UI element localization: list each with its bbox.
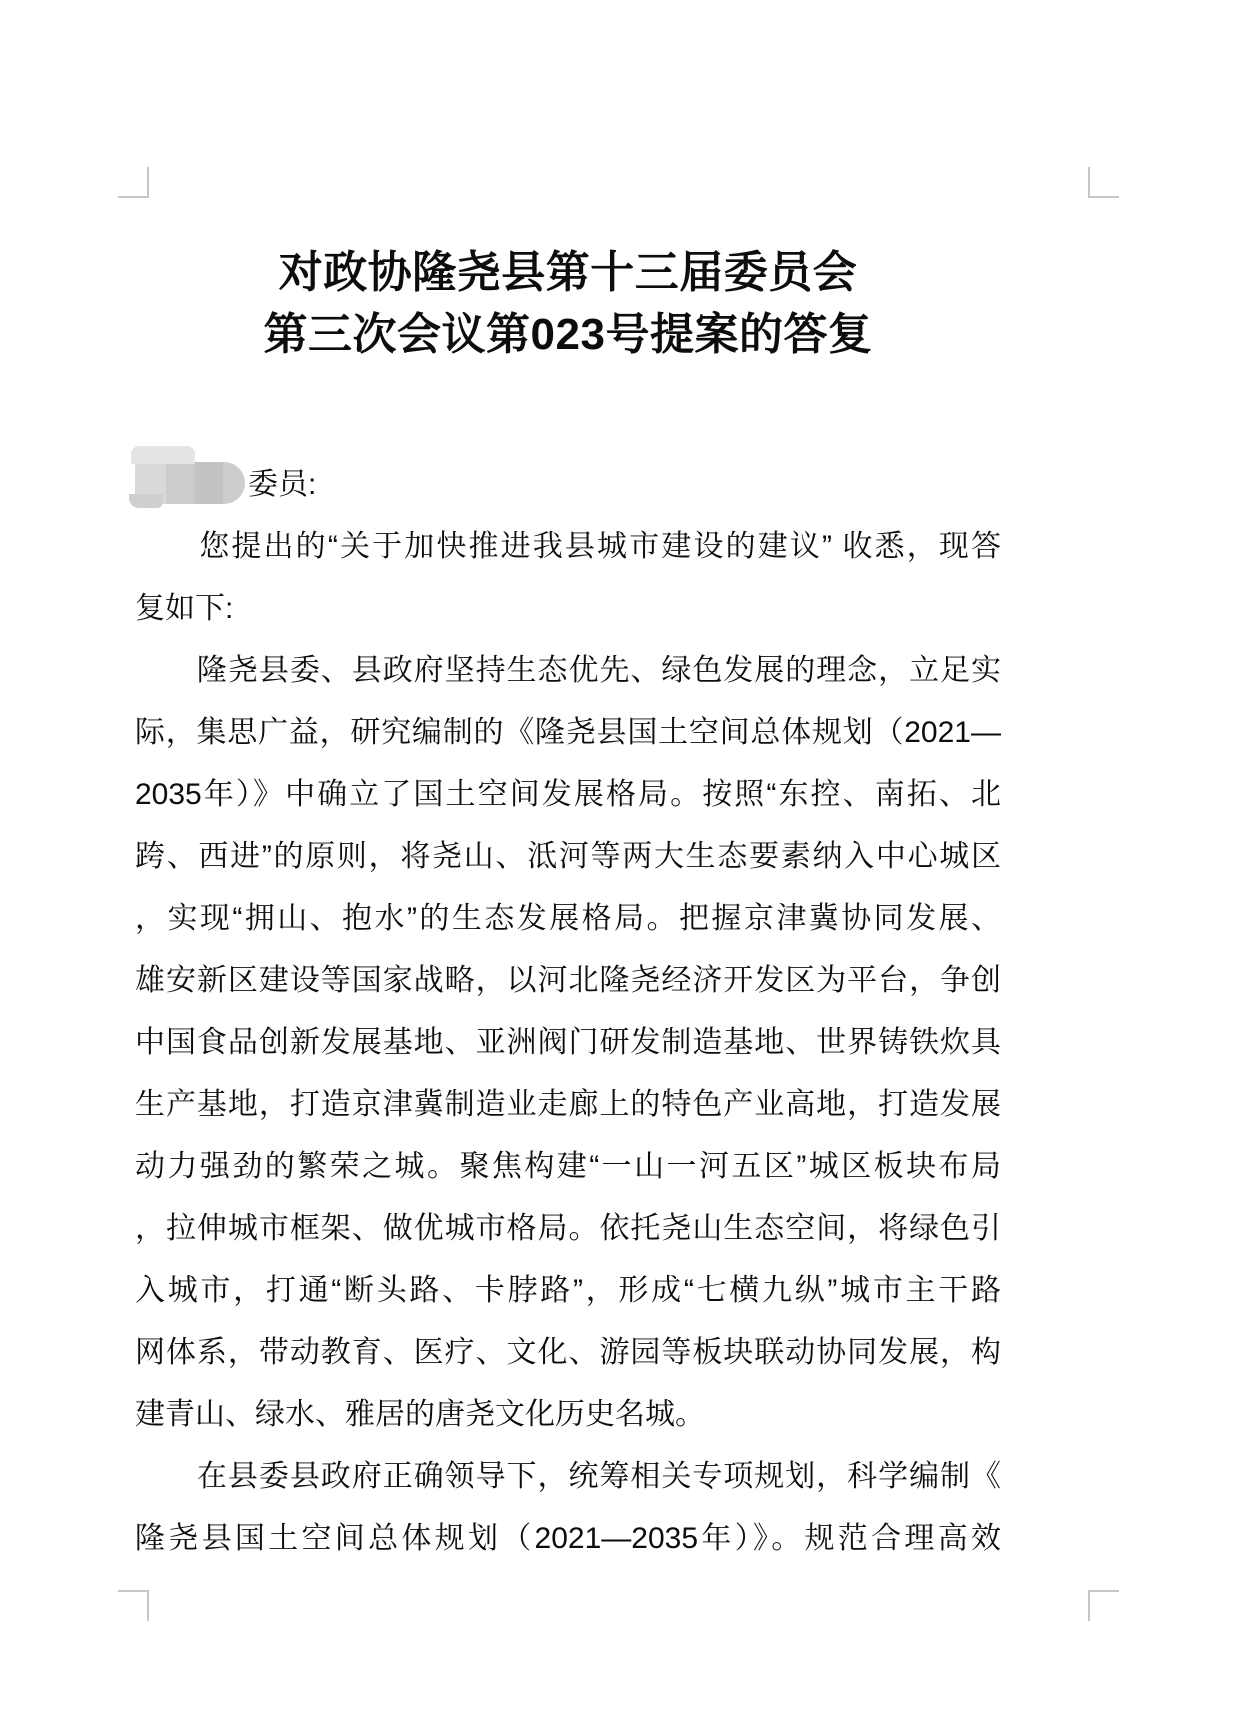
crop-mark-bottom-left-icon xyxy=(118,1590,149,1621)
addressee-line: 委员: xyxy=(135,454,1001,516)
body-line: 隆尧县委、县政府坚持生态优先、绿色发展的理念，立足实 xyxy=(135,640,1001,702)
body-line: 复如下: xyxy=(135,578,1001,640)
body-line: 际，集思广益，研究编制的《隆尧县国土空间总体规划（2021— xyxy=(135,702,1001,764)
body-line: ，拉伸城市框架、做优城市格局。依托尧山生态空间，将绿色引 xyxy=(135,1198,1001,1260)
body-line: 隆尧县国土空间总体规划（2021—2035年）》。规范合理高效 xyxy=(135,1508,1001,1570)
crop-mark-top-right-icon xyxy=(1088,167,1119,198)
crop-mark-top-left-icon xyxy=(118,167,149,198)
body-line: ，实现“拥山、抱水”的生态发展格局。把握京津冀协同发展、 xyxy=(135,888,1001,950)
body-line: 中国食品创新发展基地、亚洲阀门研发制造基地、世界铸铁炊具 xyxy=(135,1012,1001,1074)
scanned-document-page: 对政协隆尧县第十三届委员会 第三次会议第023号提案的答复 委员: 您提出的“关… xyxy=(0,0,1236,1728)
redacted-name-mosaic xyxy=(135,462,245,504)
body-line: 入城市，打通“断头路、卡脖路”，形成“七横九纵”城市主干路 xyxy=(135,1260,1001,1322)
body-line: 您提出的“关于加快推进我县城市建设的建议” 收悉，现答 xyxy=(135,516,1001,578)
document-title: 对政协隆尧县第十三届委员会 第三次会议第023号提案的答复 xyxy=(135,242,1001,366)
crop-mark-bottom-right-icon xyxy=(1088,1590,1119,1621)
document-body: 您提出的“关于加快推进我县城市建设的建议” 收悉，现答复如下: 隆尧县委、县政府… xyxy=(135,516,1001,1570)
body-line: 动力强劲的繁荣之城。聚焦构建“一山一河五区”城区板块布局 xyxy=(135,1136,1001,1198)
document-title-line-1: 对政协隆尧县第十三届委员会 xyxy=(135,242,1001,304)
body-line: 生产基地，打造京津冀制造业走廊上的特色产业高地，打造发展 xyxy=(135,1074,1001,1136)
body-line: 跨、西进”的原则，将尧山、泜河等两大生态要素纳入中心城区 xyxy=(135,826,1001,888)
body-line: 网体系，带动教育、医疗、文化、游园等板块联动协同发展，构 xyxy=(135,1322,1001,1384)
document-title-line-2: 第三次会议第023号提案的答复 xyxy=(135,304,1001,366)
body-line: 在县委县政府正确领导下，统筹相关专项规划，科学编制《 xyxy=(135,1446,1001,1508)
addressee-suffix: 委员: xyxy=(248,468,316,501)
body-line: 建青山、绿水、雅居的唐尧文化历史名城。 xyxy=(135,1384,1001,1446)
body-line: 雄安新区建设等国家战略，以河北隆尧经济开发区为平台，争创 xyxy=(135,950,1001,1012)
body-line: 2035年）》中确立了国土空间发展格局。按照“东控、南拓、北 xyxy=(135,764,1001,826)
